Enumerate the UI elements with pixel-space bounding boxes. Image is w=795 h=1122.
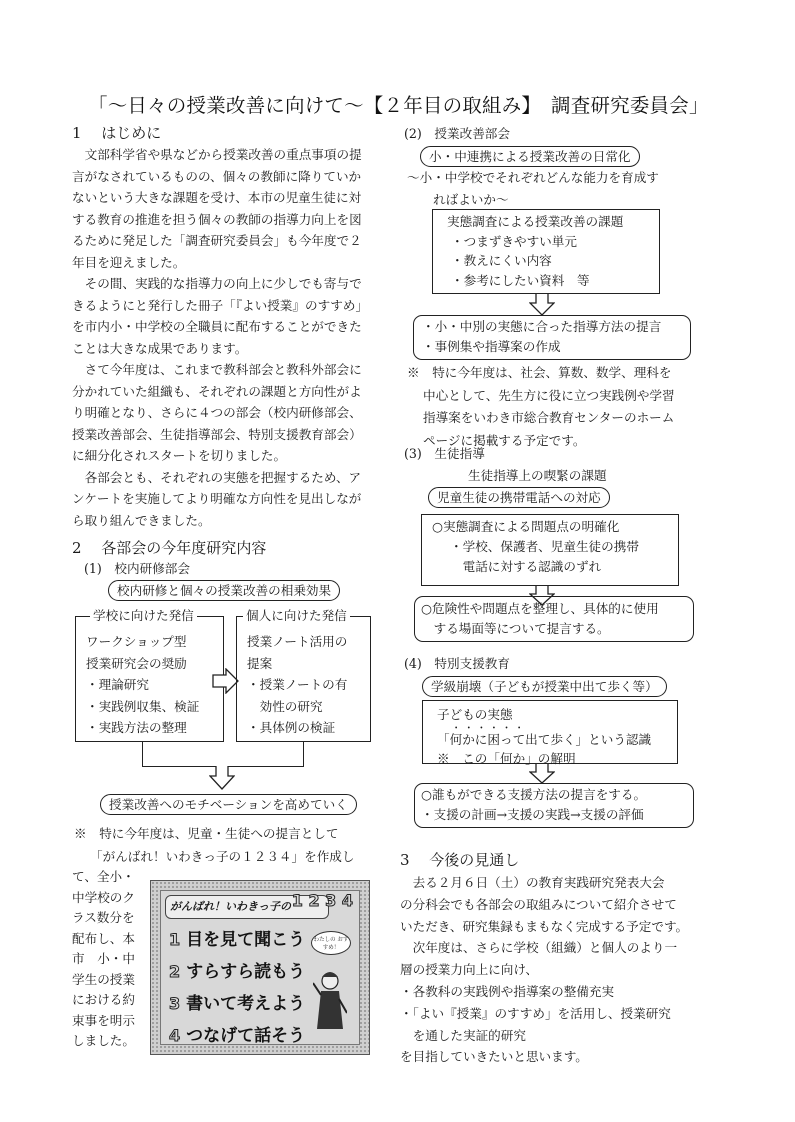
box-line: ・小・中別の実態に合った指導方法の提言 [422, 317, 690, 337]
section1-body: 文部科学省や県などから授業改善の重点事項の提言がなされているものの、個々の教師に… [72, 144, 370, 531]
note-line: における約 [72, 990, 135, 1011]
page-title: 「～日々の授業改善に向けて～【２年目の取組み】 調査研究委員会」 [88, 90, 708, 118]
connector-line [142, 742, 143, 766]
sub1-note-line: ※ 特に今年度は、児童・生徒への提言として [74, 823, 338, 845]
sub1-result: 授業改善へのモチベーションを高めていく [100, 794, 357, 815]
note-line: 市 小・中 [72, 949, 135, 970]
box-line: ・つまずきやすい単元 [447, 232, 659, 252]
box-line: ・理論研究 [86, 674, 199, 696]
sub2-theme: 小・中連携による授業改善の日常化 [420, 146, 640, 167]
text-line: ・「よい『授業』のすすめ」を活用し、授業研究 [400, 1003, 688, 1025]
section3-body: 去る２月６日（土）の教育実践研究発表大会 の分科会でも各部会の取組みについて紹介… [400, 872, 688, 1068]
sub4-result-box: ○誰もができる支援方法の提言をする。 ・支援の計画→支援の実践→支援の評価 [414, 783, 694, 828]
down-arrow-icon [209, 766, 235, 790]
note-line: て、全小・ [72, 867, 135, 888]
section1-paragraph: 文部科学省や県などから授業改善の重点事項の提言がなされているものの、個々の教師に… [72, 144, 370, 273]
box-line: 実態調査による授業改善の課題 [447, 212, 659, 232]
text-line: ・各教科の実践例や指導案の整備充実 [400, 981, 688, 1003]
note-line: しました。 [72, 1031, 135, 1052]
text-line: 次年度は、さらに学校（組織）と個人のより一 [400, 937, 688, 959]
box-line: 提案 [247, 653, 347, 675]
down-arrow-icon [529, 294, 555, 316]
emphasized-text: 何かに困って [450, 732, 526, 747]
sub4-issues-box: 子どもの実態 「何かに困って出て歩く」という認識 ※ この「何か」の解明 [422, 700, 678, 764]
note-line: 束事を明示 [72, 1011, 135, 1032]
note-line: 配布し、本 [72, 929, 135, 950]
note-line: 指導案をいわき市総合教育センターのホーム [407, 407, 675, 430]
sub3-issues-box: ○実態調査による問題点の明確化 ・学校、保護者、児童生徒の携帯 電話に対する認識… [421, 514, 679, 586]
text-line: 去る２月６日（土）の教育実践研究発表大会 [400, 872, 688, 894]
sub4-heading: (4) 特別支援教育 [404, 654, 510, 674]
box-line: ○誰もができる支援方法の提言をする。 [421, 785, 693, 805]
box-line: ・支援の計画→支援の実践→支援の評価 [421, 805, 693, 825]
sub3-subtitle: 生徒指導上の喫緊の課題 [468, 465, 607, 487]
individual-outreach-label: 個人に向けた発信 [243, 607, 350, 625]
sub1-note-line: 「がんばれ！いわきっ子の１２３４」を作成し [90, 846, 354, 868]
connector-line [303, 742, 304, 766]
poster-header-numbers: 1 2 3 4 [292, 891, 353, 910]
section2-heading: 2 各部会の今年度研究内容 [72, 537, 266, 559]
sub3-theme: 児童生徒の携帯電話への対応 [428, 487, 610, 508]
sub2-issues-box: 実態調査による授業改善の課題 ・つまずきやすい単元 ・教えにくい内容 ・参考にし… [432, 209, 660, 294]
section1-paragraph: その間、実践的な指導力の向上に少しでも寄与できるようにと発行した冊子「『よい授業… [72, 273, 370, 359]
text-line: を通した実証的研究 [400, 1025, 688, 1047]
sub1-heading: (1) 校内研修部会 [84, 559, 190, 579]
box-line: ・授業ノートの有 [247, 674, 347, 696]
box-line: ・教えにくい内容 [447, 251, 659, 271]
sub2-note: ※ 特に今年度は、社会、算数、数学、理科を 中心として、先生方に役に立つ実践例や… [407, 362, 675, 452]
box-line: ○実態調査による問題点の明確化 [432, 517, 678, 537]
box-line: 授業研究会の奨励 [86, 653, 199, 675]
box-line: する場面等について提言する。 [421, 619, 693, 639]
box-line: 電話に対する認識のずれ [432, 557, 678, 577]
down-arrow-icon [529, 764, 555, 784]
note-line: ラス数分を [72, 908, 135, 929]
sub3-result-box: ○危険性や問題点を整理し、具体的に使用 する場面等について提言する。 [414, 596, 694, 642]
individual-outreach-box: 個人に向けた発信 授業ノート活用の 提案 ・授業ノートの有 効性の研究 ・具体例… [236, 616, 371, 742]
note-line: ※ 特に今年度は、社会、算数、数学、理科を [407, 362, 675, 385]
poster-item: 1目を見て聞こう [169, 925, 305, 950]
section3-heading: 3 今後の見通し [400, 849, 519, 871]
note-line: 中学校のク [72, 888, 135, 909]
text-line: 層の授業力向上に向け、 [400, 959, 688, 981]
sub2-heading: (2) 授業改善部会 [404, 124, 510, 144]
note-line: 学生の授業 [72, 970, 135, 991]
sub2-result-box: ・小・中別の実態に合った指導方法の提言 ・事例集や指導案の作成 [413, 315, 691, 360]
ganbare-iwakikko-poster: がんばれ！いわきっ子の 1 2 3 4 1目を見て聞こう 2すらすら読もう 3書… [150, 880, 370, 1055]
school-outreach-box: 学校に向けた発信 ワークショップ型 授業研究会の奨励 ・理論研究 ・実践例収集、… [75, 616, 224, 742]
box-line: ・参考にしたい資料 等 [447, 271, 659, 291]
box-line: ・具体例の検証 [247, 717, 347, 739]
box-line: ・学校、保護者、児童生徒の携帯 [432, 537, 678, 557]
poster-item: 3書いて考えよう [169, 989, 305, 1014]
section1-paragraph: 各部会とも、それぞれの実態を把握するため、アンケートを実施してより明確な方向性を… [72, 467, 370, 532]
box-line: 「何かに困って出て歩く」という認識 [437, 725, 677, 750]
box-line: ・事例集や指導案の作成 [422, 337, 690, 357]
box-line: ワークショップ型 [86, 631, 199, 653]
speech-bubble: わたしの おすすめ！ [311, 931, 351, 955]
poster-item: 4つなげて話そう [169, 1021, 305, 1046]
text-line: いただき、研究集録もまもなく完成する予定です。 [400, 916, 688, 938]
poster-item: 2すらすら読もう [169, 957, 305, 982]
sub2-question: ～小・中学校でそれぞれどんな能力を育成す [407, 167, 659, 189]
box-line: ○危険性や問題点を整理し、具体的に使用 [421, 599, 693, 619]
text-line: の分科会でも各部会の取組みについて紹介させて [400, 894, 688, 916]
text-line: を目指していきたいと思います。 [400, 1046, 688, 1068]
section1-heading: 1 はじめに [72, 122, 161, 144]
box-line: ・実践例収集、検証 [86, 696, 199, 718]
note-line: 中心として、先生方に役に立つ実践例や学習 [407, 385, 675, 408]
character-illustration-icon [313, 969, 347, 1039]
sub4-theme: 学級崩壊（子どもが授業中出て歩く等） [422, 676, 667, 697]
box-line: 子どもの実態 [437, 705, 677, 725]
sub1-theme: 校内研修と個々の授業改善の相乗効果 [108, 580, 340, 601]
box-line: 授業ノート活用の [247, 631, 347, 653]
sub2-question: ればよいか～ [433, 189, 509, 211]
box-line: 効性の研究 [247, 696, 347, 718]
sub3-heading: (3) 生徒指導 [404, 444, 485, 464]
box-line: ※ この「何か」の解明 [437, 749, 677, 769]
sub1-note-side: て、全小・ 中学校のク ラス数分を 配布し、本 市 小・中 学生の授業 における… [72, 867, 135, 1052]
section1-paragraph: さて今年度は、これまで教科部会と教科外部会に分かれていた組織も、それぞれの課題と… [72, 359, 370, 467]
school-outreach-label: 学校に向けた発信 [90, 607, 197, 625]
box-line: ・実践方法の整理 [86, 717, 199, 739]
